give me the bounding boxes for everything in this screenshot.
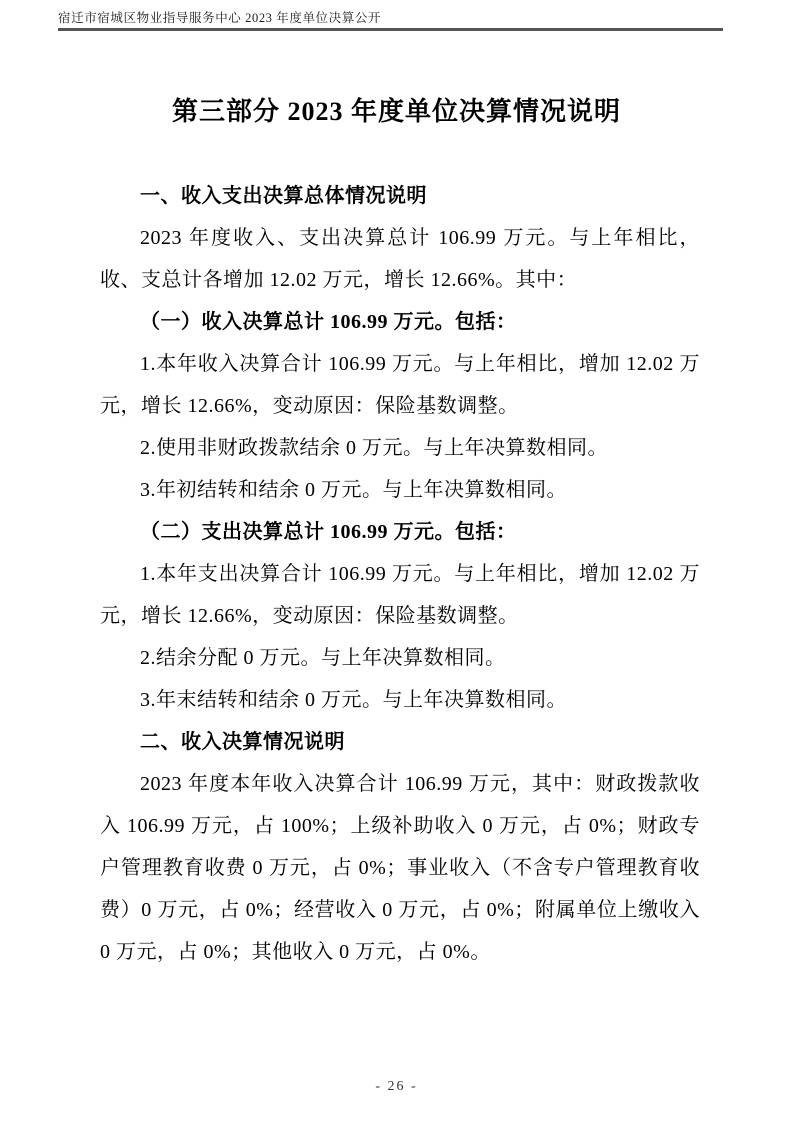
document-body: 一、收入支出决算总体情况说明 2023 年度收入、支出决算总计 106.99 万… [100, 175, 700, 973]
body-paragraph: 2023 年度收入、支出决算总计 106.99 万元。与上年相比，收、支总计各增… [100, 217, 700, 301]
body-paragraph: 2.结余分配 0 万元。与上年决算数相同。 [100, 637, 700, 679]
section-heading: 一、收入支出决算总体情况说明 [100, 175, 700, 217]
body-paragraph: 1.本年支出决算合计 106.99 万元。与上年相比，增加 12.02 万元，增… [100, 553, 700, 637]
body-paragraph: 3.年初结转和结余 0 万元。与上年决算数相同。 [100, 469, 700, 511]
body-paragraph: 2.使用非财政拨款结余 0 万元。与上年决算数相同。 [100, 427, 700, 469]
page-number: - 26 - [0, 1077, 793, 1097]
page-header-text: 宿迁市宿城区物业指导服务中心 2023 年度单位决算公开 [58, 9, 381, 27]
section-heading: （一）收入决算总计 106.99 万元。包括： [100, 301, 700, 343]
header-rule [58, 28, 723, 31]
body-paragraph: 1.本年收入决算合计 106.99 万元。与上年相比，增加 12.02 万元，增… [100, 343, 700, 427]
document-page: 宿迁市宿城区物业指导服务中心 2023 年度单位决算公开 第三部分 2023 年… [0, 0, 793, 1122]
section-heading: 二、收入决算情况说明 [100, 721, 700, 763]
body-paragraph: 3.年末结转和结余 0 万元。与上年决算数相同。 [100, 679, 700, 721]
section-heading: （二）支出决算总计 106.99 万元。包括： [100, 511, 700, 553]
body-paragraph: 2023 年度本年收入决算合计 106.99 万元，其中：财政拨款收入 106.… [100, 763, 700, 973]
